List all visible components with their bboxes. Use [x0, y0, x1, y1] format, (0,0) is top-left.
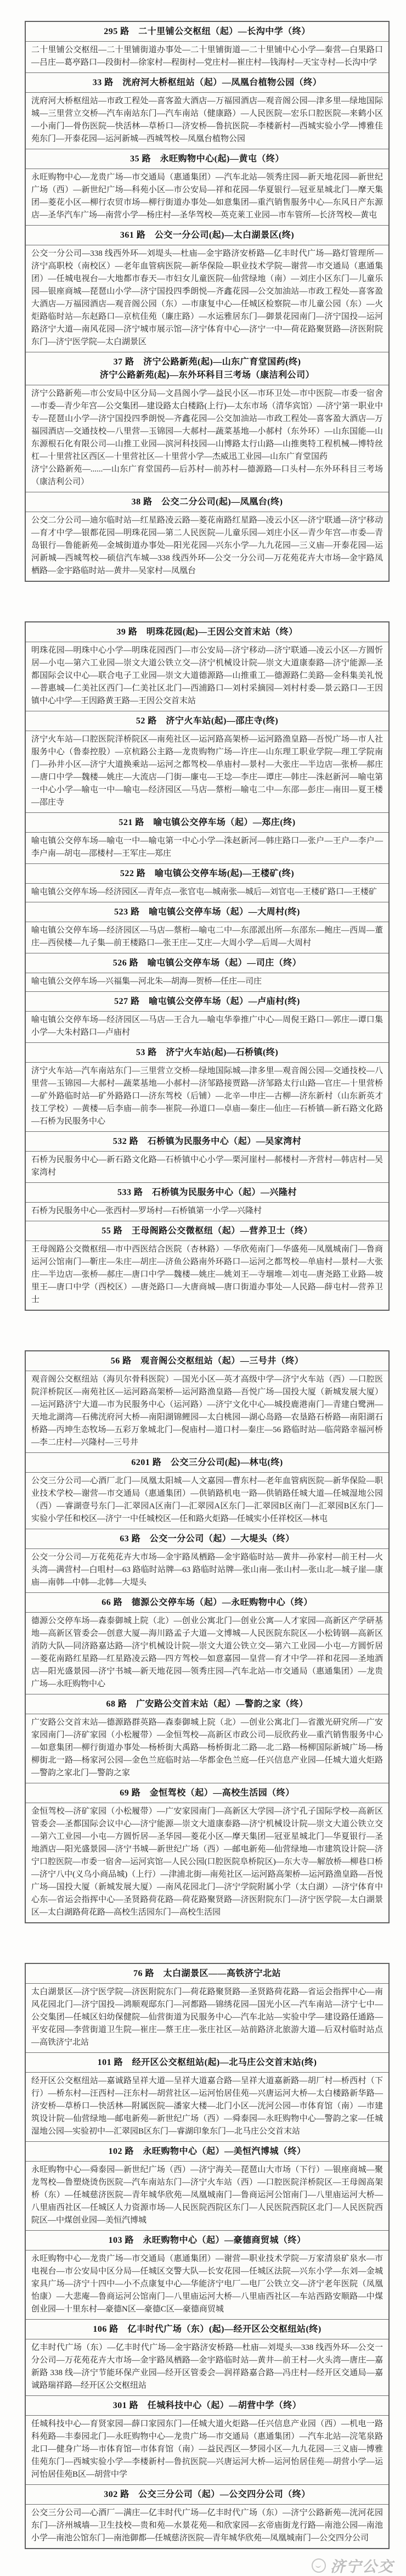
route-527-header-row: 527 路 喻屯镇公交停车场（起）—卢庙村(终): [26, 992, 388, 1012]
route-102-stops: 永旺购物中心—舜泰园—新世纪广场（西）—济宁海关—琵琶山大市场（下行）—银座商城…: [31, 2164, 383, 2227]
route-526: 526 路 喻屯镇公交停车场（起）—司庄（终）喻屯镇公交停车场—兴福集—河北朱—…: [26, 953, 388, 992]
route-table: 56 路 观音阁公交枢纽站（起）—三号井（终）观音阁公交枢纽站（海贝尔骨科医院）…: [25, 1350, 390, 1923]
route-63-title: 63 路 公交一分公司（起）—大堤头（终）: [29, 1533, 385, 1546]
route-53: 53 路 济宁火车站(起)—石桥镇(终)济宁火车站—汽车南站东门—三里营立交桥—…: [26, 1043, 388, 1132]
route-301-title: 301 路 任城科技中心（起）—胡营中学（终）: [29, 2399, 385, 2412]
route-101-header-row: 101 路 经开区公交枢纽站(起)—北马庄公交首末站(终): [26, 2053, 388, 2073]
route-521-stops: 喻屯镇公交停车场—喻屯一中—喻屯第一中心小学—洙赵新河—韩庄路口—张户—王户—李…: [31, 835, 383, 860]
route-101-stops-row: 经开区公交枢纽站—嘉诚路呈祥大道—呈祥大道嘉合路—呈祥大道嘉新路—胡厂村—桥西村…: [26, 2073, 388, 2142]
route-533: 533 路 石桥镇为民服务中心（起）—兴隆村石桥为民服务中心—张西村—罗场村—石…: [26, 1183, 388, 1221]
route-301: 301 路 任城科技中心（起）—胡营中学（终）任城科技中心—育贤家园—薛口家园东…: [26, 2396, 388, 2485]
route-33: 33 路 洸府河大桥枢纽站（起）—凤凰台植物公园（终）洸府河大桥枢纽站—市政工程…: [26, 73, 388, 149]
route-302-title: 302 路 公交三分公司（起）—公交四分公司（终）: [29, 2488, 385, 2501]
route-68-title: 68 路 广安路公交首末站（起）—警韵之家（终）: [29, 1698, 385, 1711]
route-38-stops: 公交二分公司—迪尔临时站—红星路凌云路—菱花南路红星路—凌云小区—济宁联通—济宁…: [31, 514, 383, 577]
route-76-header-row: 76 路 太白湖景区——高铁济宁北站: [26, 1964, 388, 1984]
route-37-stops: 济宁公路新苑—......—山东广育堂国药—后苏村—前苏村—德源路—口头村—东外…: [31, 463, 383, 489]
route-69-title: 69 路 金恒驾校（起）—高校生活园（终）: [29, 1787, 385, 1800]
route-38: 38 路 公交二分公司(起)—凤凰台(终)公交二分公司—迪尔临时站—红星路凌云路…: [26, 492, 388, 581]
route-55: 55 路 王母阁路公交微枢纽（起）—营养卫士（终）王母阁路公交微枢纽—市中西医结…: [26, 1221, 388, 1310]
route-361-header-row: 361 路 公交一分公司(起)—太白湖景区(终): [26, 226, 388, 245]
route-35: 35 路 永旺购物中心(起)—黄屯（终）永旺购物中心—龙贵广场—市交通局（惠通集…: [26, 149, 388, 226]
route-101: 101 路 经开区公交枢纽站(起)—北马庄公交首末站(终)经开区公交枢纽站—嘉诚…: [26, 2053, 388, 2142]
route-table: 295 路 二十里铺公交枢纽（起）—长沟中学（终）二十里铺公交枢纽—二十里铺街道…: [25, 21, 390, 582]
route-522-stops: 喻屯镇公交停车场—经济园区—青年点—张官屯—城南张—城后—刘官屯—王楼矿路口—王…: [31, 886, 383, 899]
route-56-stops: 观音阁公交枢纽站（海贝尔骨科医院）—国光小区—英才高级中学—济宁火车站（西）—口…: [31, 1373, 383, 1449]
route-527-stops: 喻屯镇公交停车场—经济园区—马店—王合九—喻屯华拳推广中心—周倪王路口—郭庄—谭…: [31, 1014, 383, 1039]
route-66-header-row: 66 路 德源公交停车场（起）—永旺购物中心（终）: [26, 1593, 388, 1613]
route-106-stops-row: 亿丰时代广场（东）—亿丰时代广场—金宇路济安桥路—杜庙—刘堤头—338 线西外环…: [26, 2339, 388, 2396]
route-532-stops-row: 石桥为民服务中心—新石路文化路—石桥镇中心小学—栗河崖村—郝楼村—齐营村—韩店村…: [26, 1152, 388, 1183]
route-69-stops-row: 金恒驾校—济矿家园（小松履带）—广安家园南门—高新区大学园—济宁孔子国际学校—高…: [26, 1803, 388, 1922]
route-523-title: 523 路 喻屯镇公交停车场（起）—大周村(终): [29, 906, 385, 919]
route-38-stops-row: 公交二分公司—迪尔临时站—红星路凌云路—菱花南路红星路—凌云小区—济宁联通—济宁…: [26, 512, 388, 581]
jining-bus-logo-icon: [312, 2558, 326, 2573]
route-103-title: 103 路 永旺购物中心（起）—豪德商贸城（终）: [29, 2234, 385, 2247]
route-523-stops: 喻屯镇公交停车场—经济园区—马店—蔡桁—喻屯二中—东邵派出所—东邵东—鲍庄—西周…: [31, 924, 383, 950]
route-76-stops-row: 太白湖景区—济宁医学院—济医附院东门—荷花路聚贤路—圣贤路荷花路—省运会指挥中心…: [26, 1984, 388, 2053]
route-302: 302 路 公交三分公司（起）—公交四分公司（终）公交三分公司—心酒厂—满庄—亿…: [26, 2485, 388, 2548]
route-39-stops: 明珠花园—明珠中心小学—明珠花园西门—市公安局—济宁移动—济宁联通—凌云小区—方…: [31, 644, 383, 708]
route-521-header-row: 521 路 喻屯镇公交停车场（起）—郑庄(终): [26, 813, 388, 833]
route-56-stops-row: 观音阁公交枢纽站（海贝尔骨科医院）—国光小区—英才高级中学—济宁火车站（西）—口…: [26, 1371, 388, 1453]
route-522-header-row: 522 路 喻屯镇公交停车场(起)—王楼矿(终): [26, 864, 388, 884]
route-37-stops: 济宁公路新苑—市公安局中区分局—文昌阁小学—益民小区—市环卫处—市中医院—市委一…: [31, 388, 383, 463]
route-63-header-row: 63 路 公交一分公司（起）—大堤头（终）: [26, 1529, 388, 1549]
route-295-header-row: 295 路 二十里铺公交枢纽（起）—长沟中学（终）: [26, 22, 388, 42]
route-361-stops-row: 公交一分公司—338 线西外环—刘堤头—杜庙—金宇路济安桥路—亿丰时代广场—路灯…: [26, 245, 388, 352]
route-53-stops-row: 济宁火车站—汽车南站东门—三里营立交桥—绿地国际城—津多里—观音阁公园—交通技校…: [26, 1063, 388, 1132]
route-522-title: 522 路 喻屯镇公交停车场(起)—王楼矿(终): [29, 867, 385, 880]
route-101-stops: 经开区公交枢纽站—嘉诚路呈祥大道—呈祥大道嘉合路—呈祥大道嘉新路—胡厂村—桥西村…: [31, 2075, 383, 2138]
route-361-title: 361 路 公交一分公司(起)—太白湖景区(终): [29, 229, 385, 242]
route-361-stops: 公交一分公司—338 线西外环—刘堤头—杜庙—金宇路济安桥路—亿丰时代广场—路灯…: [31, 248, 383, 349]
route-55-title: 55 路 王母阁路公交微枢纽（起）—营养卫士（终）: [29, 1225, 385, 1238]
route-102-header-row: 102 路 永旺购物中心（起）—美恒汽博城（终）: [26, 2142, 388, 2162]
route-521: 521 路 喻屯镇公交停车场（起）—郑庄(终)喻屯镇公交停车场—喻屯一中—喻屯第…: [26, 813, 388, 864]
route-103: 103 路 永旺购物中心（起）—豪德商贸城（终）永旺购物中心—龙贵广场—市交通局…: [26, 2231, 388, 2320]
watermark: 济宁公交: [0, 2555, 394, 2576]
route-532-header-row: 532 路 石桥镇为民服务中心（起）—吴家湾村: [26, 1132, 388, 1152]
route-527: 527 路 喻屯镇公交停车场（起）—卢庙村(终)喻屯镇公交停车场—经济园区—马店…: [26, 992, 388, 1043]
route-35-title: 35 路 永旺购物中心(起)—黄屯（终）: [29, 153, 385, 166]
route-295-title: 295 路 二十里铺公交枢纽（起）—长沟中学（终）: [29, 25, 385, 38]
route-103-stops-row: 永旺购物中心—龙贵广场—市交通局（惠通集团）—谢营—职业技术学院—万家清泉矿泉水…: [26, 2251, 388, 2320]
route-6201-stops-row: 公交三分公司—心酒厂北门—凤凰太阳城—人文嘉园—曹东村—老年血管病医院—新华保险…: [26, 1473, 388, 1529]
route-39-stops-row: 明珠花园—明珠中心小学—明珠花园西门—市公安局—济宁移动—济宁联通—凌云小区—方…: [26, 642, 388, 711]
route-521-stops-row: 喻屯镇公交停车场—喻屯一中—喻屯第一中心小学—洙赵新河—韩庄路口—张户—王户—李…: [26, 833, 388, 864]
route-37-title: 济宁公路新苑(起)—东外环科目三考场（康洁利公司）: [29, 369, 385, 382]
route-526-title: 526 路 喻屯镇公交停车场（起）—司庄（终）: [29, 957, 385, 970]
route-76-stops: 太白湖景区—济宁医学院—济医附院东门—荷花路聚贤路—圣贤路荷花路—省运会指挥中心…: [31, 1986, 383, 2049]
route-523-header-row: 523 路 喻屯镇公交停车场（起）—大周村(终): [26, 902, 388, 922]
route-35-stops-row: 永旺购物中心—龙贵广场—市交通局（惠通集团）—汽车北站—领秀庄园—新天地花园—新…: [26, 169, 388, 226]
route-66: 66 路 德源公交停车场（起）—永旺购物中心（终）德源公交停车场—森泰御城上院（…: [26, 1593, 388, 1694]
route-532: 532 路 石桥镇为民服务中心（起）—吴家湾村石桥为民服务中心—新石路文化路—石…: [26, 1132, 388, 1183]
route-106: 106 路 亿丰时代广场（东）(起)—经开区公交枢纽站(终)亿丰时代广场（东）—…: [26, 2320, 388, 2396]
route-53-header-row: 53 路 济宁火车站(起)—石桥镇(终): [26, 1043, 388, 1063]
route-35-header-row: 35 路 永旺购物中心(起)—黄屯（终）: [26, 149, 388, 169]
route-302-header-row: 302 路 公交三分公司（起）—公交四分公司（终）: [26, 2485, 388, 2505]
route-102: 102 路 永旺购物中心（起）—美恒汽博城（终）永旺购物中心—舜泰园—新世纪广场…: [26, 2142, 388, 2231]
route-103-header-row: 103 路 永旺购物中心（起）—豪德商贸城（终）: [26, 2231, 388, 2251]
route-52-header-row: 52 路 济宁火车站(起)—邵庄寺(终): [26, 711, 388, 731]
route-33-title: 33 路 洸府河大桥枢纽站（起）—凤凰台植物公园（终）: [29, 76, 385, 89]
route-106-header-row: 106 路 亿丰时代广场（东）(起)—经开区公交枢纽站(终): [26, 2320, 388, 2339]
route-63-stops-row: 公交一分公司—万花苑花卉大市场—金宇路凤栖路—金宇路临时站—黄井—孙家村—前王村…: [26, 1549, 388, 1593]
route-37: 37 路 济宁公路新苑(起)—山东广育堂国药(终)济宁公路新苑(起)—东外环科目…: [26, 352, 388, 492]
route-522: 522 路 喻屯镇公交停车场(起)—王楼矿(终)喻屯镇公交停车场—经济园区—青年…: [26, 864, 388, 902]
route-56-header-row: 56 路 观音阁公交枢纽站（起）—三号井（终）: [26, 1351, 388, 1371]
route-526-stops: 喻屯镇公交停车场—兴福集—河北朱—胡海—贺桥—任庄—司庄: [31, 975, 383, 988]
route-532-title: 532 路 石桥镇为民服务中心（起）—吴家湾村: [29, 1135, 385, 1148]
route-56: 56 路 观音阁公交枢纽站（起）—三号井（终）观音阁公交枢纽站（海贝尔骨科医院）…: [26, 1351, 388, 1453]
watermark-label: 济宁公交: [330, 2555, 394, 2576]
route-63: 63 路 公交一分公司（起）—大堤头（终）公交一分公司—万花苑花卉大市场—金宇路…: [26, 1529, 388, 1593]
route-39-header-row: 39 路 明珠花园(起)—王因公交首末站（终）: [26, 622, 388, 642]
route-301-header-row: 301 路 任城科技中心（起）—胡营中学（终）: [26, 2396, 388, 2416]
route-523: 523 路 喻屯镇公交停车场（起）—大周村(终)喻屯镇公交停车场—经济园区—马店…: [26, 902, 388, 953]
route-533-header-row: 533 路 石桥镇为民服务中心（起）—兴隆村: [26, 1183, 388, 1203]
route-532-stops: 石桥为民服务中心—新石路文化路—石桥镇中心小学—栗河崖村—郝楼村—齐营村—韩店村…: [31, 1154, 383, 1179]
route-68: 68 路 广安路公交首末站（起）—警韵之家（终）广安路公交首末站—德源路群英路—…: [26, 1694, 388, 1783]
route-63-stops: 公交一分公司—万花苑花卉大市场—金宇路凤栖路—金宇路临时站—黄井—孙家村—前王村…: [31, 1551, 383, 1589]
route-527-title: 527 路 喻屯镇公交停车场（起）—卢庙村(终): [29, 995, 385, 1008]
route-302-stops: 公交三分公司—心酒厂—满庄—亿丰时代广场—亿丰时代广场（东）—济宁公路新苑—洸河…: [31, 2507, 383, 2545]
route-101-title: 101 路 经开区公交枢纽站(起)—北马庄公交首末站(终): [29, 2056, 385, 2069]
bus-routes-page: 295 路 二十里铺公交枢纽（起）—长沟中学（终）二十里铺公交枢纽—二十里铺街道…: [0, 0, 406, 2576]
route-table-list: 295 路 二十里铺公交枢纽（起）—长沟中学（终）二十里铺公交枢纽—二十里铺街道…: [0, 21, 406, 2549]
route-527-stops-row: 喻屯镇公交停车场—经济园区—马店—王合九—喻屯华拳推广中心—周倪王路口—郭庄—谭…: [26, 1012, 388, 1043]
route-533-stops-row: 石桥为民服务中心—张西村—罗场村—石桥镇第一小学—兴隆村: [26, 1203, 388, 1221]
route-533-stops: 石桥为民服务中心—张西村—罗场村—石桥镇第一小学—兴隆村: [31, 1205, 383, 1217]
route-106-stops: 亿丰时代广场（东）—亿丰时代广场—金宇路济安桥路—杜庙—刘堤头—338 线西外环…: [31, 2342, 383, 2392]
route-55-stops: 王母阁路公交微枢纽—市中西医结合医院（杏林路）—华欣苑南门—华盛苑—凤凰城南门—…: [31, 1243, 383, 1306]
route-69-stops: 金恒驾校—济矿家园（小松履带）—广安家园南门—高新区大学园—济宁孔子国际学校—高…: [31, 1805, 383, 1919]
route-52-title: 52 路 济宁火车站(起)—邵庄寺(终): [29, 715, 385, 728]
route-301-stops-row: 任城科技中心—育贤家园—薛口家园东门—任城大道火炬路—任兴信息产业园（西）—机电…: [26, 2416, 388, 2485]
route-69-header-row: 69 路 金恒驾校（起）—高校生活园（终）: [26, 1783, 388, 1803]
route-35-stops: 永旺购物中心—龙贵广场—市交通局（惠通集团）—汽车北站—领秀庄园—新天地花园—新…: [31, 171, 383, 222]
route-102-title: 102 路 永旺购物中心（起）—美恒汽博城（终）: [29, 2145, 385, 2158]
route-37-stops-row: 济宁公路新苑—市公安局中区分局—文昌阁小学—益民小区—市环卫处—市中医院—市委一…: [26, 385, 388, 492]
route-361: 361 路 公交一分公司(起)—太白湖景区(终)公交一分公司—338 线西外环—…: [26, 226, 388, 352]
route-37-title: 37 路 济宁公路新苑(起)—山东广育堂国药(终): [29, 356, 385, 369]
route-66-stops: 德源公交停车场—森泰御城上院（北）—创业公寓北门—创业公寓—人才家园—高新区产学…: [31, 1615, 383, 1691]
route-295-stops-row: 二十里铺公交枢纽—二十里铺街道办事处—二十里铺街道—二十里铺中心小学—秦营—白果…: [26, 42, 388, 73]
route-68-stops-row: 广安路公交首末站—德源路群英路—森泰御城上院（北）—创业公寓北门—省激光研究所—…: [26, 1714, 388, 1783]
route-52-stops: 济宁火车站—口腔医院洋桥院区—南苑社区—运河路高架桥—运河路渔皇路—吾悦广场—市…: [31, 733, 383, 809]
route-37-header-row: 37 路 济宁公路新苑(起)—山东广育堂国药(终)济宁公路新苑(起)—东外环科目…: [26, 352, 388, 385]
route-523-stops-row: 喻屯镇公交停车场—经济园区—马店—蔡桁—喻屯二中—东邵派出所—东邵东—鲍庄—西周…: [26, 922, 388, 953]
route-76-title: 76 路 太白湖景区——高铁济宁北站: [29, 1967, 385, 1980]
route-38-header-row: 38 路 公交二分公司(起)—凤凰台(终): [26, 492, 388, 512]
route-53-title: 53 路 济宁火车站(起)—石桥镇(终): [29, 1046, 385, 1059]
route-106-title: 106 路 亿丰时代广场（东）(起)—经开区公交枢纽站(终): [29, 2323, 385, 2336]
route-521-title: 521 路 喻屯镇公交停车场（起）—郑庄(终): [29, 816, 385, 829]
route-302-stops-row: 公交三分公司—心酒厂—满庄—亿丰时代广场—亿丰时代广场（东）—济宁公路新苑—洸河…: [26, 2505, 388, 2548]
route-103-stops: 永旺购物中心—龙贵广场—市交通局（惠通集团）—谢营—职业技术学院—万家清泉矿泉水…: [31, 2253, 383, 2316]
route-55-header-row: 55 路 王母阁路公交微枢纽（起）—营养卫士（终）: [26, 1221, 388, 1241]
route-6201-header-row: 6201 路 公交三分公司(起)—林屯(终): [26, 1453, 388, 1473]
route-33-stops: 洸府河大桥枢纽站—市政工程处—喜客盈大酒店—万福园酒店—观音阁公园—津多里—绿地…: [31, 95, 383, 145]
route-69: 69 路 金恒驾校（起）—高校生活园（终）金恒驾校—济矿家园（小松履带）—广安家…: [26, 1783, 388, 1922]
route-6201: 6201 路 公交三分公司(起)—林屯(终)公交三分公司—心酒厂北门—凤凰太阳城…: [26, 1453, 388, 1529]
route-295: 295 路 二十里铺公交枢纽（起）—长沟中学（终）二十里铺公交枢纽—二十里铺街道…: [26, 22, 388, 73]
route-33-header-row: 33 路 洸府河大桥枢纽站（起）—凤凰台植物公园（终）: [26, 73, 388, 93]
route-33-stops-row: 洸府河大桥枢纽站—市政工程处—喜客盈大酒店—万福园酒店—观音阁公园—津多里—绿地…: [26, 93, 388, 149]
route-52-stops-row: 济宁火车站—口腔医院洋桥院区—南苑社区—运河路高架桥—运河路渔皇路—吾悦广场—市…: [26, 731, 388, 813]
route-526-header-row: 526 路 喻屯镇公交停车场（起）—司庄（终）: [26, 953, 388, 973]
route-301-stops: 任城科技中心—育贤家园—薛口家园东门—任城大道火炬路—任兴信息产业园（西）—机电…: [31, 2418, 383, 2481]
route-39: 39 路 明珠花园(起)—王因公交首末站（终）明珠花园—明珠中心小学—明珠花园西…: [26, 622, 388, 711]
route-6201-stops: 公交三分公司—心酒厂北门—凤凰太阳城—人文嘉园—曹东村—老年血管病医院—新华保险…: [31, 1475, 383, 1525]
route-295-stops: 二十里铺公交枢纽—二十里铺街道办事处—二十里铺街道—二十里铺中心小学—秦营—白果…: [31, 44, 383, 69]
route-6201-title: 6201 路 公交三分公司(起)—林屯(终): [29, 1456, 385, 1469]
route-53-stops: 济宁火车站—汽车南站东门—三里营立交桥—绿地国际城—津多里—观音阁公园—交通技校…: [31, 1065, 383, 1128]
route-76: 76 路 太白湖景区——高铁济宁北站太白湖景区—济宁医学院—济医附院东门—荷花路…: [26, 1964, 388, 2053]
route-52: 52 路 济宁火车站(起)—邵庄寺(终)济宁火车站—口腔医院洋桥院区—南苑社区—…: [26, 711, 388, 813]
route-38-title: 38 路 公交二分公司(起)—凤凰台(终): [29, 496, 385, 509]
route-66-title: 66 路 德源公交停车场（起）—永旺购物中心（终）: [29, 1596, 385, 1609]
route-533-title: 533 路 石桥镇为民服务中心（起）—兴隆村: [29, 1186, 385, 1199]
route-526-stops-row: 喻屯镇公交停车场—兴福集—河北朱—胡海—贺桥—任庄—司庄: [26, 973, 388, 992]
route-56-title: 56 路 观音阁公交枢纽站（起）—三号井（终）: [29, 1355, 385, 1368]
route-68-stops: 广安路公交首末站—德源路群英路—森泰御城上院（北）—创业公寓北门—省激光研究所—…: [31, 1716, 383, 1780]
route-39-title: 39 路 明珠花园(起)—王因公交首末站（终）: [29, 626, 385, 639]
route-table: 39 路 明珠花园(起)—王因公交首末站（终）明珠花园—明珠中心小学—明珠花园西…: [25, 621, 390, 1311]
route-table: 76 路 太白湖景区——高铁济宁北站太白湖景区—济宁医学院—济医附院东门—荷花路…: [25, 1963, 390, 2549]
route-68-header-row: 68 路 广安路公交首末站（起）—警韵之家（终）: [26, 1694, 388, 1714]
route-522-stops-row: 喻屯镇公交停车场—经济园区—青年点—张官屯—城南张—城后—刘官屯—王楼矿路口—王…: [26, 884, 388, 902]
route-102-stops-row: 永旺购物中心—舜泰园—新世纪广场（西）—济宁海关—琵琶山大市场（下行）—银座商城…: [26, 2162, 388, 2231]
route-66-stops-row: 德源公交停车场—森泰御城上院（北）—创业公寓北门—创业公寓—人才家园—高新区产学…: [26, 1613, 388, 1694]
route-55-stops-row: 王母阁路公交微枢纽—市中西医结合医院（杏林路）—华欣苑南门—华盛苑—凤凰城南门—…: [26, 1241, 388, 1310]
